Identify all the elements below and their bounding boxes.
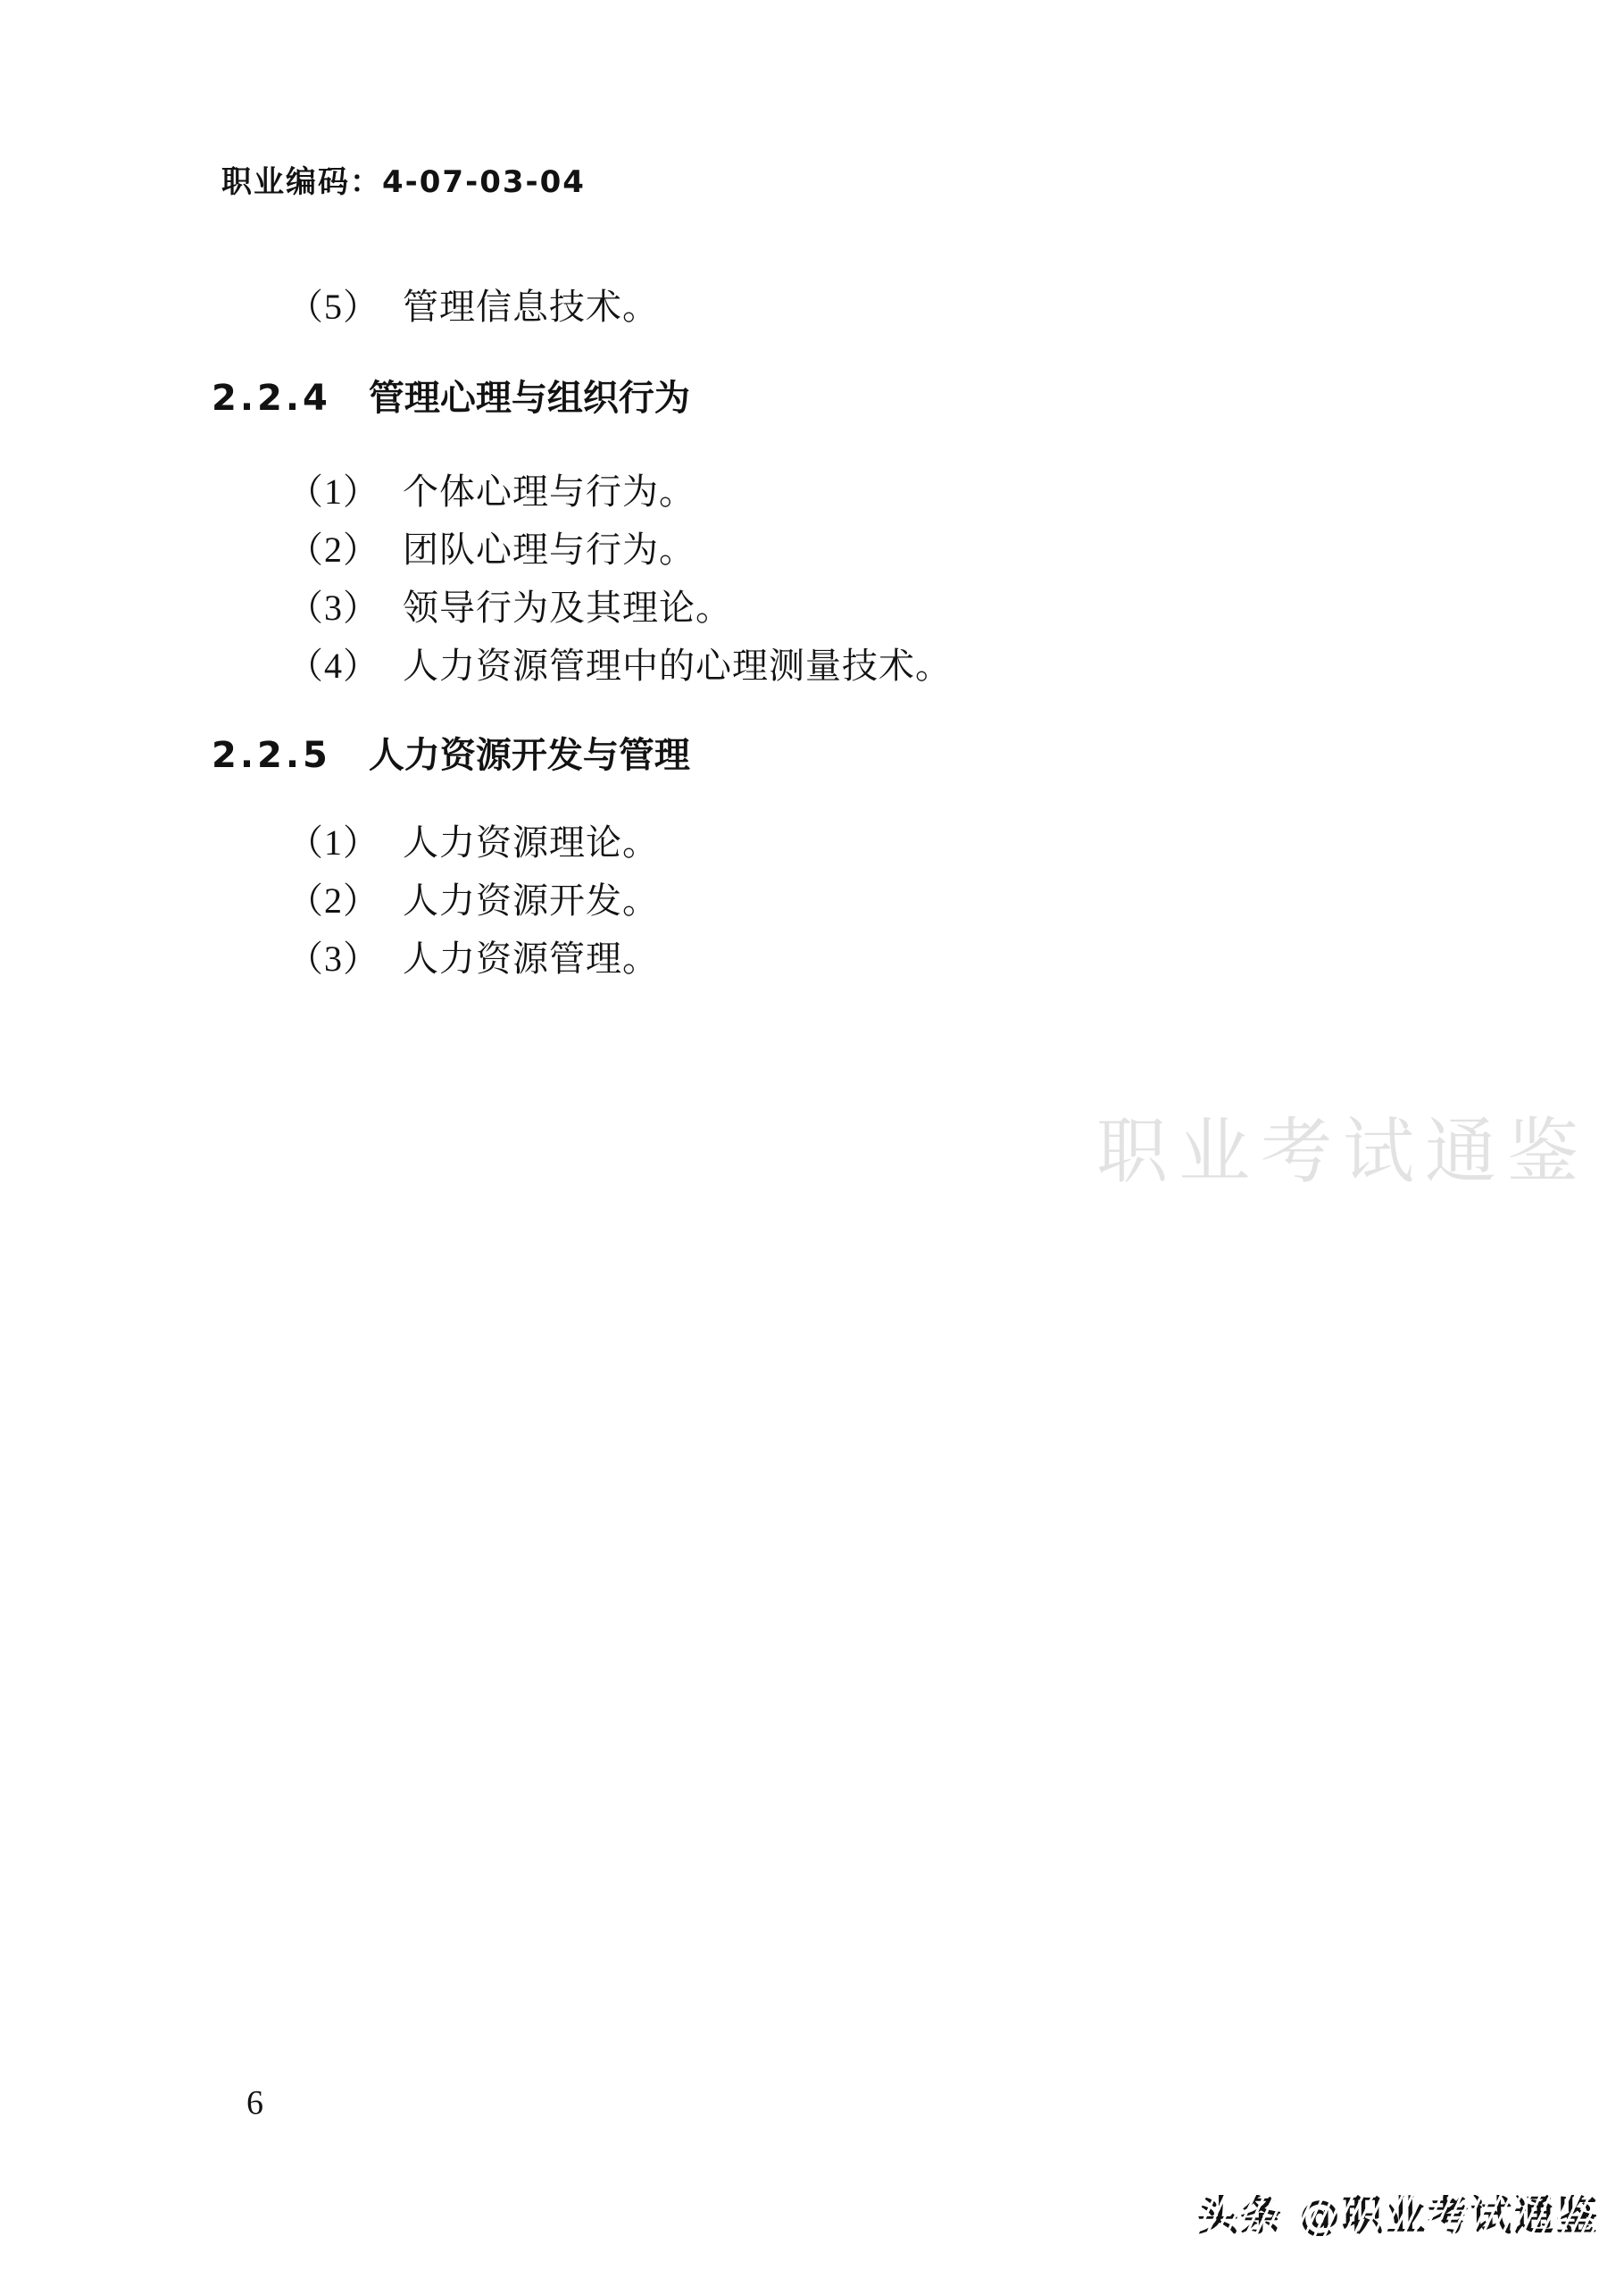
section-title: 管理心理与组织行为 <box>369 378 690 419</box>
list-item-text: 人力资源理论。 <box>403 822 659 863</box>
list-item-number: （5） <box>287 287 379 327</box>
list-item-number: （4） <box>287 646 379 686</box>
list-item: （1）个体心理与行为。 <box>287 474 695 510</box>
section-number: 2.2.4 <box>212 378 331 419</box>
list-item: （3）领导行为及其理论。 <box>287 590 732 626</box>
page-number: 6 <box>246 2086 263 2120</box>
list-item-number: （1） <box>287 822 379 863</box>
page-watermark: 职业考试通鉴 <box>1096 1116 1589 1188</box>
list-item-text: 人力资源开发。 <box>403 880 659 921</box>
list-item-text: 领导行为及其理论。 <box>403 588 732 628</box>
list-item-number: （1） <box>287 471 379 512</box>
list-item-text: 管理信息技术。 <box>403 287 659 327</box>
list-item-text: 人力资源管理中的心理测量技术。 <box>403 646 952 686</box>
list-item-text: 个体心理与行为。 <box>403 471 695 512</box>
occupation-code: 职业编码：4-07-03-04 <box>221 157 586 201</box>
list-item-text: 团队心理与行为。 <box>403 530 695 570</box>
section-number: 2.2.5 <box>212 735 331 776</box>
list-item: （2）团队心理与行为。 <box>287 532 695 568</box>
list-item-number: （2） <box>287 880 379 921</box>
list-item-number: （3） <box>287 939 379 979</box>
list-item: （3）人力资源管理。 <box>287 941 659 977</box>
list-item: （5）管理信息技术。 <box>287 289 659 325</box>
list-item-number: （3） <box>287 588 379 628</box>
list-item-text: 人力资源管理。 <box>403 939 659 979</box>
list-item: （1）人力资源理论。 <box>287 825 659 861</box>
list-item: （2）人力资源开发。 <box>287 883 659 919</box>
list-item-number: （2） <box>287 530 379 570</box>
section-heading: 2.2.4管理心理与组织行为 <box>212 380 690 416</box>
section-heading: 2.2.5人力资源开发与管理 <box>212 738 690 773</box>
list-item: （4）人力资源管理中的心理测量技术。 <box>287 648 952 684</box>
section-title: 人力资源开发与管理 <box>369 735 690 776</box>
toutiao-brand-watermark: 头条 @职业考试通鉴 <box>1197 2195 1599 2236</box>
